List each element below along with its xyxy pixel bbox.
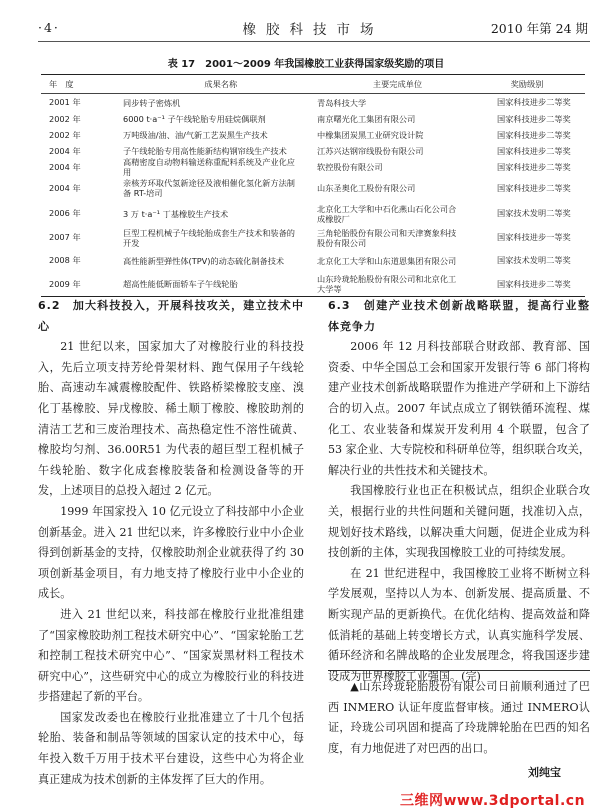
cell-year: 2009 年 [41, 279, 103, 290]
cell-unit: 软控股份有限公司 [295, 162, 457, 172]
cell-unit: 中橡集团炭黑工业研究设计院 [295, 130, 457, 140]
cell-year: 2001 年 [41, 97, 103, 108]
right-column: 6.3 创建产业技术创新战略联盟，提高行业整体竞争力 2006 年 12 月科技… [328, 296, 590, 687]
cell-award: 国家科技进步二等奖 [457, 97, 585, 108]
cell-year: 2006 年 [41, 208, 103, 219]
paragraph: 我国橡胶行业也正在积极试点，组织企业联合攻关，根据行业的共性问题和关键问题，找准… [328, 481, 590, 563]
table-row: 2002 年 万吨级油/油、油/气新工艺炭黑生产技术 中橡集团炭黑工业研究设计院… [41, 127, 585, 143]
cell-award: 国家科技进步二等奖 [457, 130, 585, 141]
cell-year: 2004 年 [41, 162, 103, 173]
table-row: 2006 年 3 万 t·a⁻¹ 丁基橡胶生产技术 北京化工大学和中石化燕山石化… [41, 201, 585, 226]
cell-name: 同步转子密炼机 [103, 98, 295, 108]
cell-year: 2008 年 [41, 255, 103, 266]
cell-unit: 北京化工大学和山东道恩集团有限公司 [295, 256, 457, 266]
cell-unit: 山东圣奥化工股份有限公司 [295, 183, 457, 193]
cell-award: 国家技术发明二等奖 [457, 208, 585, 219]
cell-name: 6000 t·a⁻¹ 子午线轮胎专用硅烷偶联剂 [103, 114, 295, 124]
cell-name: 高精密度自动物料输送称重配料系统及产业化应用 [103, 157, 295, 177]
table-row: 2007 年 巨型工程机械子午线轮胎成套生产技术和装备的开发 三角轮胎股份有限公… [41, 226, 585, 249]
cell-unit: 南京曙光化工集团有限公司 [295, 114, 457, 124]
paragraph: 2006 年 12 月科技部联合财政部、教育部、国资委、中华全国总工会和国家开发… [328, 337, 590, 481]
news-divider [328, 670, 590, 671]
cell-year: 2002 年 [41, 114, 103, 125]
cell-name: 超高性能低断面轿车子午线轮胎 [103, 279, 295, 289]
watermark: 三维网www.3dportal.cn [400, 790, 585, 810]
cell-award: 国家科技进步二等奖 [457, 146, 585, 157]
table-row: 2002 年 6000 t·a⁻¹ 子午线轮胎专用硅烷偶联剂 南京曙光化工集团有… [41, 111, 585, 127]
col-header-year: 年 度 [41, 79, 99, 90]
cell-award: 国家科技进步二等奖 [457, 114, 585, 125]
cell-name: 高性能新型弹性体(TPV)的动态硫化制备技术 [103, 256, 295, 266]
cell-award: 国家技术发明二等奖 [457, 255, 585, 266]
cell-name: 3 万 t·a⁻¹ 丁基橡胶生产技术 [103, 209, 295, 219]
author-name: 刘纯宝 [528, 764, 561, 780]
table-row: 2004 年 高精密度自动物料输送称重配料系统及产业化应用 软控股份有限公司 国… [41, 159, 585, 175]
header-rule [38, 41, 590, 42]
table-caption: 表 17 2001～2009 年我国橡胶工业获得国家级奖励的项目 [0, 55, 612, 70]
table-row: 2008 年 高性能新型弹性体(TPV)的动态硫化制备技术 北京化工大学和山东道… [41, 249, 585, 272]
col-header-name: 成果名称 [99, 79, 332, 89]
paragraph: 进入 21 世纪以来，科技部在橡胶行业批准组建了“国家橡胶助剂工程技术研究中心”… [38, 605, 304, 708]
cell-award: 国家科技进步二等奖 [457, 279, 585, 290]
section-heading-6-2: 6.2 加大科技投入，开展科技攻关，建立技术中心 [38, 296, 304, 337]
cell-award: 国家科技进步二等奖 [457, 162, 585, 173]
paragraph: 1999 年国家投入 10 亿元设立了科技部中小企业创新基金。进入 21 世纪以… [38, 502, 304, 605]
cell-year: 2002 年 [41, 130, 103, 141]
cell-unit: 江苏兴达钢帘线股份有限公司 [295, 146, 457, 156]
cell-name: 子午线轮胎专用高性能新结构钢帘线生产技术 [103, 146, 295, 156]
issue-number: 2010 年第 24 期 [491, 19, 588, 37]
cell-name: 巨型工程机械子午线轮胎成套生产技术和装备的开发 [103, 228, 295, 248]
news-item: ▲山东玲珑轮胎股份有限公司日前顺利通过了巴西 INMERO 认证年度监督审核。通… [328, 677, 590, 759]
cell-name: 亲核芳环取代氢新途径及液相催化氢化新方法制备 RT-培司 [103, 178, 295, 198]
col-header-award: 奖励级别 [463, 79, 585, 90]
cell-year: 2004 年 [41, 183, 103, 194]
cell-unit: 山东玲珑轮胎股份有限公司和北京化工大学等 [295, 274, 457, 294]
awards-table: 年 度 成果名称 主要完成单位 奖励级别 2001 年 同步转子密炼机 青岛科技… [41, 74, 585, 297]
left-column: 6.2 加大科技投入，开展科技攻关，建立技术中心 21 世纪以来，国家加大了对橡… [38, 296, 304, 790]
cell-award: 国家科技进步一等奖 [457, 232, 585, 243]
table-header-row: 年 度 成果名称 主要完成单位 奖励级别 [41, 75, 585, 94]
cell-unit: 三角轮胎股份有限公司和天津赛象科技股份有限公司 [295, 228, 457, 248]
paragraph: 在 21 世纪进程中，我国橡胶工业将不断树立科学发展观，坚持以人为本、创新发展、… [328, 564, 590, 688]
col-header-unit: 主要完成单位 [332, 79, 462, 89]
cell-unit: 青岛科技大学 [295, 98, 457, 108]
cell-unit: 北京化工大学和中石化燕山石化公司合成橡胶厂 [295, 204, 457, 224]
paragraph: 21 世纪以来，国家加大了对橡胶行业的科技投入，先后立项支持芳纶骨架材料、跑气保… [38, 337, 304, 502]
cell-year: 2004 年 [41, 146, 103, 157]
section-heading-6-3: 6.3 创建产业技术创新战略联盟，提高行业整体竞争力 [328, 296, 590, 337]
cell-award: 国家科技进步二等奖 [457, 183, 585, 194]
table-row: 2001 年 同步转子密炼机 青岛科技大学 国家科技进步二等奖 [41, 94, 585, 111]
paragraph: 国家发改委也在橡胶行业批准建立了十几个包括轮胎、装备和制品等领域的国家认定的技术… [38, 708, 304, 790]
cell-year: 2007 年 [41, 232, 103, 243]
running-header: ·4· 橡胶科技市场 2010 年第 24 期 [38, 18, 588, 38]
table-row: 2009 年 超高性能低断面轿车子午线轮胎 山东玲珑轮胎股份有限公司和北京化工大… [41, 272, 585, 296]
cell-name: 万吨级油/油、油/气新工艺炭黑生产技术 [103, 130, 295, 140]
table-row: 2004 年 亲核芳环取代氢新途径及液相催化氢化新方法制备 RT-培司 山东圣奥… [41, 175, 585, 201]
